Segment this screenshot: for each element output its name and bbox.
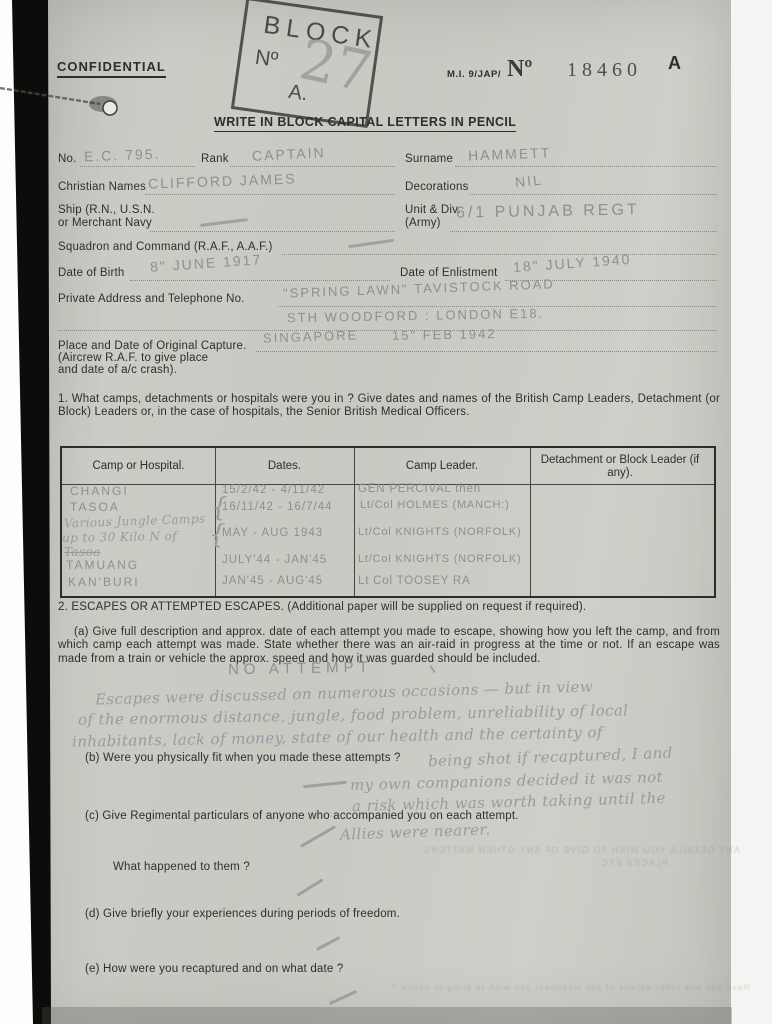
field-unit-label: Unit & Div.	[405, 204, 461, 217]
field-capture-label-3: and date of a/c crash).	[58, 364, 177, 377]
leader-entry: Lt/Col HOLMES (MANCH:)	[360, 499, 510, 511]
table-header-leader: Camp Leader.	[354, 460, 530, 473]
dates-entry: 15/2/42 - 4/11/42	[222, 484, 325, 496]
field-unit-label-2: (Army)	[405, 217, 441, 230]
camp-entry: TAMUANG	[66, 558, 139, 572]
bleed-through-text: PLACES ETC	[600, 858, 668, 868]
mi9-reference-prefix: M.I. 9/JAP/	[447, 68, 501, 81]
field-decorations-value: NIL	[514, 172, 543, 191]
field-unit-value: 6/1 PUNJAB REGT	[456, 201, 640, 222]
field-capture-date-value: 15" FEB 1942	[392, 326, 497, 343]
camp-entry: up to 30 Kilo N of	[62, 529, 177, 545]
camp-entry: TASOA	[70, 500, 120, 514]
dates-entry: MAY - AUG 1943	[222, 527, 323, 539]
form-rule	[282, 254, 717, 255]
what-happened-text: What happened to them ?	[113, 861, 250, 874]
form-rule	[230, 166, 395, 167]
field-no-value: E.C. 795.	[84, 146, 161, 165]
form-rule	[150, 231, 395, 232]
field-ship-label-2: or Merchant Navy	[58, 217, 152, 230]
scanned-form-page: CONFIDENTIAL BLOCK Nº A. 27 M.I. 9/JAP/ …	[0, 0, 772, 1024]
field-surname-label: Surname	[405, 153, 453, 166]
form-rule	[450, 231, 717, 232]
camp-entry-struck: Tasoa	[64, 545, 101, 559]
stamp-no-symbol: Nº	[253, 46, 279, 73]
bleed-through-text: Have you any other details of any treatm…	[430, 982, 750, 992]
question-1-text: 1. What camps, detachments or hospitals …	[58, 393, 720, 420]
table-header-detachment: Detachment or Block Leader (if any).	[530, 454, 710, 480]
form-rule	[145, 194, 395, 195]
camp-entry: CHANGI	[70, 484, 129, 498]
form-rule	[455, 166, 717, 167]
leader-entry: GEN PERCIVAL then	[358, 483, 481, 495]
leader-entry: Lt Col TOOSEY RA	[358, 575, 471, 587]
dates-entry: JULY'44 - JAN'45	[222, 554, 327, 566]
scan-edge-bottom	[42, 1007, 732, 1024]
field-christian-names-label: Christian Names	[58, 181, 146, 194]
file-suffix-letter: A	[668, 57, 681, 70]
mi9-no-symbol: Nº	[507, 56, 532, 83]
table-header-camp: Camp or Hospital.	[62, 460, 215, 473]
form-rule	[80, 166, 195, 167]
form-rule	[256, 351, 717, 352]
form-rule	[58, 330, 717, 331]
field-rank-label: Rank	[201, 153, 229, 166]
file-number: 18460	[567, 59, 642, 82]
field-address-label: Private Address and Telephone No.	[58, 293, 245, 306]
confidential-label: CONFIDENTIAL	[57, 60, 166, 78]
question-2e-text: (e) How were you recaptured and on what …	[85, 963, 344, 976]
scan-edge-right	[731, 0, 772, 1024]
dates-entry: 16/11/42 - 16/7/44	[222, 501, 333, 513]
field-surname-value: HAMMETT	[468, 145, 552, 164]
field-decorations-label: Decorations	[405, 181, 469, 194]
field-ship-label: Ship (R.N., U.S.N.	[58, 204, 155, 217]
treasury-tag	[0, 78, 140, 123]
no-attempt-answer: NO ATTEMPT	[228, 659, 373, 679]
question-2-heading: 2. ESCAPES OR ATTEMPTED ESCAPES. (Additi…	[58, 601, 586, 614]
bleed-through-text: ANY DETAILS YOU WISH TO GIVE OF ANY OTHE…	[440, 845, 740, 855]
question-2a-text: (a) Give full description and approx. da…	[58, 626, 720, 666]
leader-entry: Lt/Col KNIGHTS (NORFOLK)	[358, 553, 521, 565]
camp-entry: KAN'BURI	[68, 575, 140, 589]
field-dob-label: Date of Birth	[58, 267, 125, 280]
question-2b-text: (b) Were you physically fit when you mad…	[85, 752, 401, 765]
field-no-label: No.	[58, 153, 77, 166]
form-rule	[470, 194, 717, 195]
leader-entry: Lt/Col KNIGHTS (NORFOLK)	[358, 526, 521, 538]
form-rule	[130, 280, 390, 281]
dates-entry: JAN'45 - AUG'45	[222, 575, 323, 587]
table-header-dates: Dates.	[215, 460, 354, 473]
block-capitals-instruction: WRITE IN BLOCK CAPITAL LETTERS IN PENCIL	[214, 116, 516, 132]
question-2d-text: (d) Give briefly your experiences during…	[85, 908, 400, 921]
